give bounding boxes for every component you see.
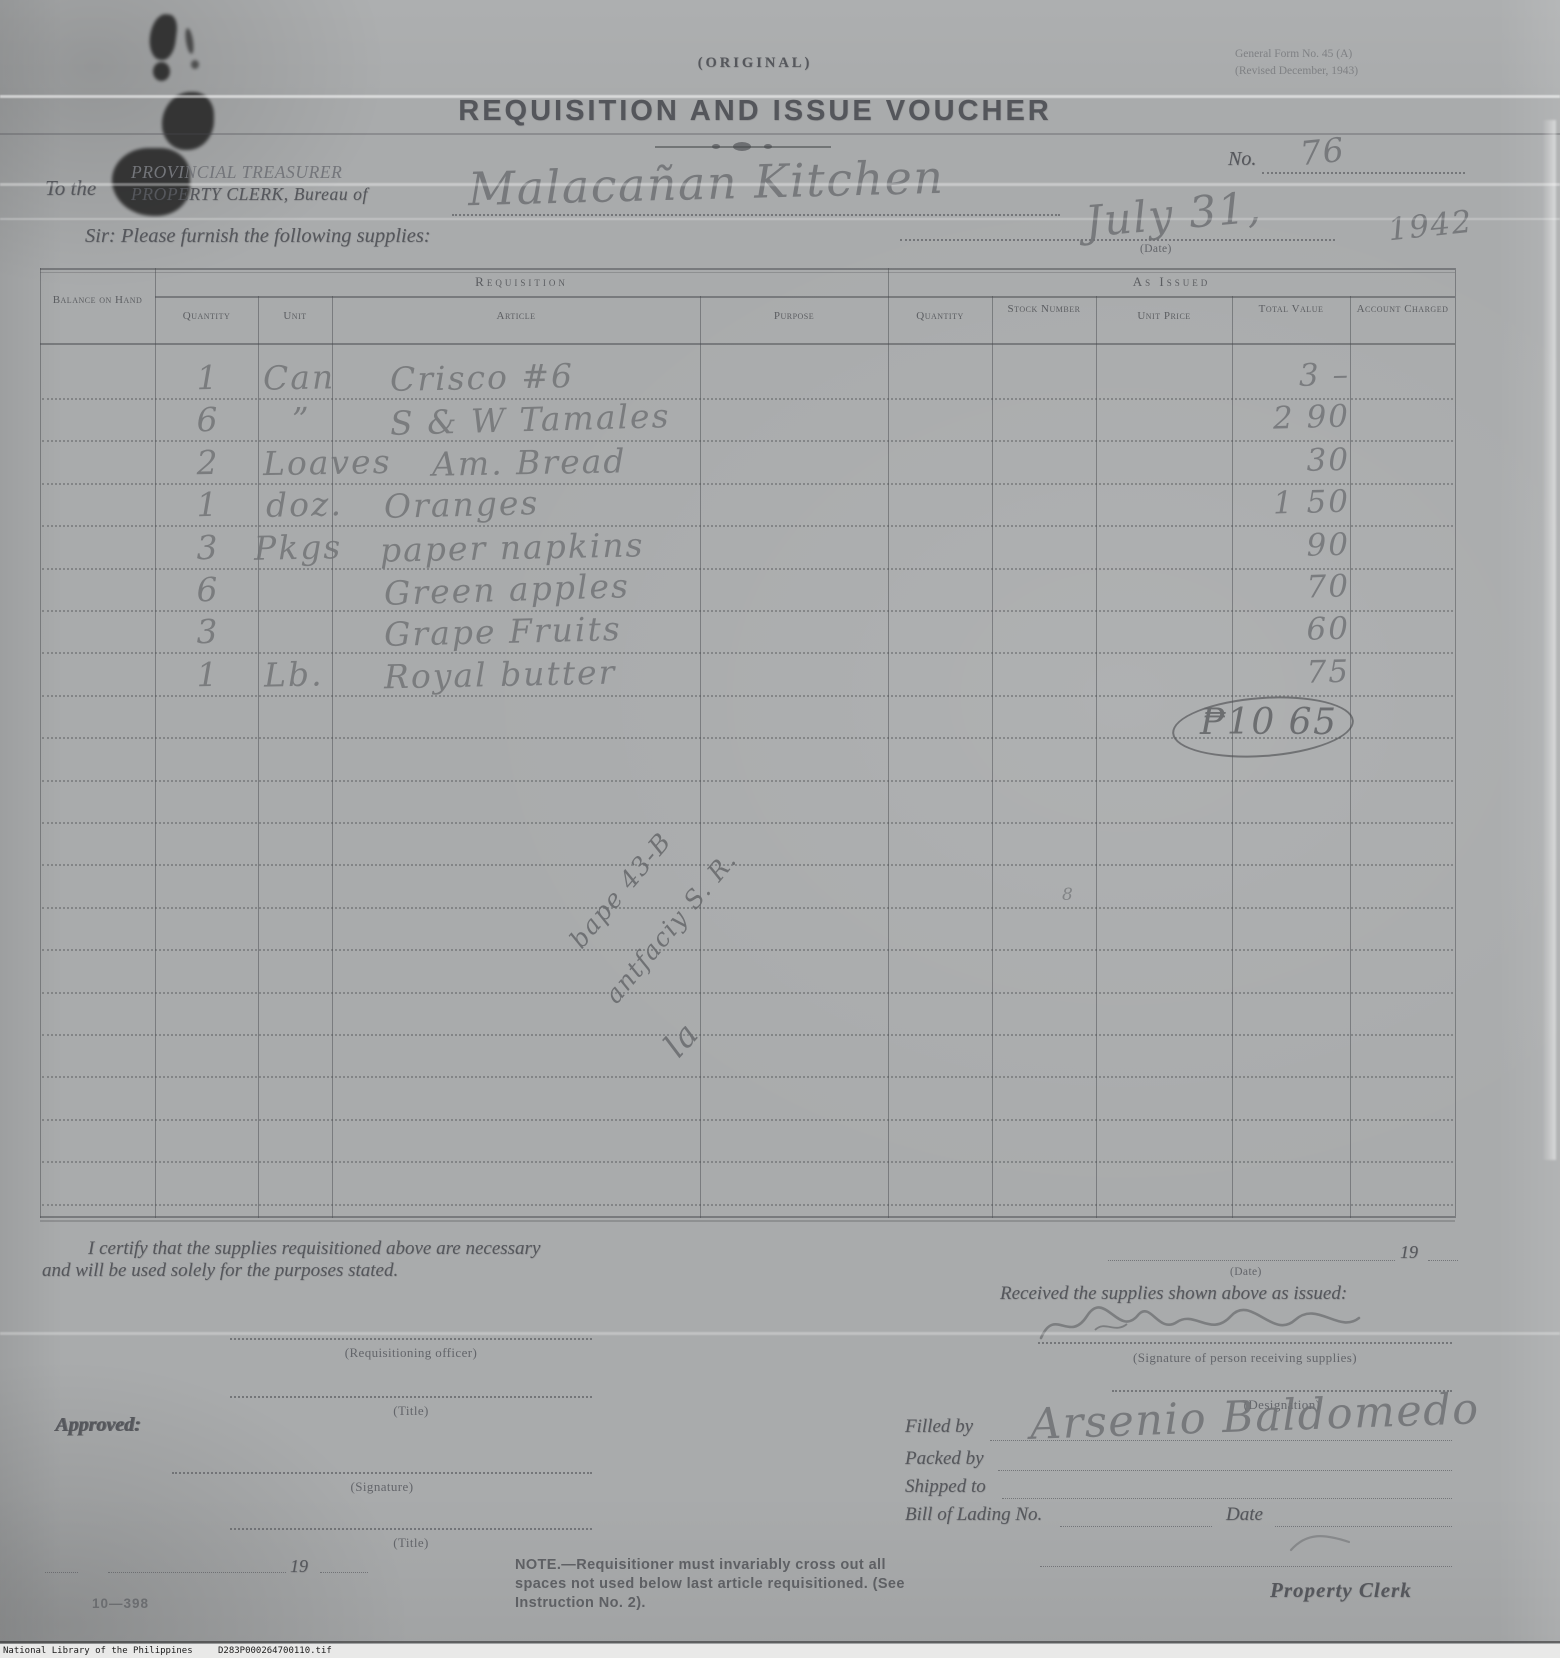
- table-row-line: [42, 1119, 1453, 1121]
- item-total-value: 75: [1238, 654, 1351, 692]
- col-header-unit-price: Unit Price: [1096, 310, 1232, 323]
- to-the-label: To the: [45, 176, 96, 201]
- year-prefix-right: 19: [1400, 1242, 1418, 1263]
- voucher-no-value: 76: [1298, 130, 1347, 173]
- received-date-line: [1108, 1260, 1395, 1261]
- scan-streak-vertical: [1542, 120, 1556, 1160]
- page-title: REQUISITION AND ISSUE VOUCHER: [330, 95, 1180, 128]
- shipped-to-line: [1002, 1498, 1452, 1499]
- table-row-line: [42, 695, 1453, 697]
- item-unit: Pkgs: [254, 527, 343, 568]
- item-article: Green apples: [383, 566, 630, 613]
- item-total-value: 2 90: [1238, 399, 1351, 438]
- table-column-line: [700, 296, 701, 1218]
- col-header-quantity: Quantity: [155, 310, 258, 323]
- table-column-line: [40, 268, 41, 1218]
- scan-footer-library: National Library of the Philippines: [3, 1646, 193, 1656]
- col-header-total-value: Total Value: [1232, 303, 1350, 316]
- table-column-line: [992, 296, 993, 1218]
- table-row-line: [42, 864, 1453, 866]
- bill-date-line: [1275, 1526, 1452, 1527]
- item-total-value: 60: [1238, 611, 1351, 650]
- received-signature-line: [1038, 1342, 1452, 1344]
- note-line2: spaces not used below last article requi…: [515, 1575, 905, 1593]
- item-quantity: 1: [168, 484, 249, 525]
- stray-mark: 8: [1062, 885, 1074, 905]
- bureau-handwritten-value: Malacañan Kitchen: [467, 150, 945, 216]
- date-caption: (Date): [1140, 243, 1172, 255]
- year-line-left-tail: [320, 1572, 368, 1573]
- ink-blot: [153, 62, 170, 81]
- title-line-1: [230, 1396, 592, 1398]
- certification-line2: and will be used solely for the purposes…: [42, 1260, 398, 1282]
- item-article: Grape Fruits: [384, 609, 623, 654]
- note-line1: NOTE.—Requisitioner must invariably cros…: [515, 1556, 886, 1574]
- item-quantity: 1: [168, 357, 249, 398]
- table-row-line: [42, 1161, 1453, 1163]
- group-header-rule: [155, 296, 1455, 298]
- header-bottom-rule: [40, 343, 1455, 345]
- item-total-value: 90: [1238, 526, 1351, 564]
- col-header-balance: Balance on Hand: [42, 294, 153, 307]
- col-header-unit: Unit: [258, 310, 332, 323]
- copy-type-label: (ORIGINAL): [380, 55, 1130, 72]
- col-header-article: Article: [332, 310, 700, 323]
- requisitioning-officer-line: [230, 1338, 592, 1340]
- table-row-line: [42, 992, 1453, 994]
- signature-line: [172, 1472, 592, 1474]
- ornament-dot: [733, 142, 751, 151]
- received-date-line-tail: [1428, 1260, 1458, 1261]
- table-top-rule2: [40, 272, 1455, 274]
- pencil-check-mark: [1285, 1528, 1355, 1556]
- table-row-line: [42, 610, 1453, 612]
- bill-date-label: Date: [1226, 1504, 1263, 1526]
- item-total-value: 3 –: [1238, 357, 1351, 395]
- table-bottom-rule: [40, 1216, 1455, 1218]
- scan-footer-bar: National Library of the Philippines D283…: [0, 1644, 1560, 1658]
- shipped-to-label: Shipped to: [905, 1476, 986, 1498]
- col-header-purpose: Purpose: [700, 310, 888, 323]
- voucher-no-line: [1262, 172, 1465, 174]
- item-unit: Lb.: [264, 654, 324, 694]
- item-total-value: 70: [1237, 568, 1350, 608]
- item-article: Crisco #6: [390, 356, 575, 399]
- signature-caption: (Signature): [172, 1479, 592, 1495]
- table-bottom-rule2: [40, 1220, 1455, 1222]
- property-clerk-caption: Property Clerk: [1270, 1578, 1412, 1603]
- table-row-line: [42, 1034, 1453, 1036]
- table-row-line: [42, 525, 1453, 527]
- item-unit: Can: [263, 357, 336, 398]
- table-column-line: [332, 296, 333, 1218]
- year-prefix-left: 19: [290, 1556, 308, 1577]
- voucher-no-label: No.: [1228, 148, 1256, 171]
- year-handwritten-value: 1942: [1386, 204, 1474, 249]
- year-line-left-lead: [45, 1572, 78, 1573]
- ink-blot: [162, 92, 214, 150]
- table-row-line: [42, 1204, 1453, 1206]
- item-total-value: 30: [1238, 442, 1351, 480]
- general-form-number: General Form No. 45 (A) (Revised Decembe…: [1235, 46, 1480, 80]
- certification-line1: I certify that the supplies requisitione…: [88, 1238, 540, 1260]
- title-caption-1: (Title): [230, 1403, 592, 1419]
- item-quantity: 6: [167, 569, 248, 610]
- col-header-quantity2: Quantity: [888, 310, 992, 323]
- requisitioning-officer-caption: (Requisitioning officer): [230, 1345, 592, 1361]
- bill-of-lading-label: Bill of Lading No.: [905, 1504, 1042, 1526]
- item-total-value: 1 50: [1238, 484, 1351, 523]
- table-row-line: [42, 780, 1453, 782]
- item-article: paper napkins: [380, 525, 645, 570]
- table-column-line: [888, 268, 889, 1218]
- note-line3: Instruction No. 2).: [515, 1594, 646, 1612]
- packed-by-line: [998, 1470, 1452, 1471]
- ornament-dot: [712, 144, 720, 149]
- received-signature-caption: (Signature of person receiving supplies): [1038, 1350, 1452, 1366]
- table-top-rule: [40, 268, 1455, 270]
- group-header-requisition: Requisition: [155, 276, 888, 289]
- item-quantity: 6: [167, 399, 248, 440]
- table-column-line: [155, 268, 156, 1218]
- ink-blot: [147, 13, 178, 62]
- scan-streak: [0, 218, 1560, 220]
- scanned-voucher-page: General Form No. 45 (A) (Revised Decembe…: [0, 0, 1560, 1658]
- item-unit: ”: [291, 400, 311, 440]
- packed-by-label: Packed by: [905, 1448, 984, 1470]
- date-handwritten-value: July 31,: [1083, 182, 1264, 247]
- bill-of-lading-line: [1060, 1526, 1212, 1527]
- group-header-as-issued: As Issued: [888, 276, 1455, 289]
- addressee-option-property-clerk: PROPERTY CLERK, Bureau of: [131, 184, 368, 205]
- item-unit: doz.: [266, 484, 344, 525]
- table-row-line: [42, 822, 1453, 824]
- table-row-line: [42, 652, 1453, 654]
- year-line-left: [108, 1572, 286, 1573]
- approved-label: Approved:: [55, 1414, 141, 1437]
- bureau-line: [452, 214, 1060, 216]
- table-row-line: [42, 949, 1453, 951]
- item-quantity: 2: [168, 442, 249, 482]
- item-article: Oranges: [384, 483, 540, 526]
- table-row-line: [42, 398, 1453, 400]
- item-quantity: 3: [168, 611, 249, 652]
- col-header-stock-number: Stock Number: [992, 303, 1096, 316]
- scan-footer-filename: D283P000264700110.tif: [218, 1646, 332, 1656]
- ink-blot: [184, 28, 195, 55]
- scan-footer-rule: [0, 1641, 1560, 1643]
- table-row-line: [42, 483, 1453, 485]
- item-article: S & W Tamales: [390, 396, 671, 443]
- item-quantity: 3: [168, 527, 249, 568]
- item-unit: Loaves: [263, 442, 392, 483]
- title-caption-2: (Title): [230, 1535, 592, 1551]
- filled-by-label: Filled by: [905, 1416, 973, 1438]
- general-form-number-line2: (Revised December, 1943): [1235, 63, 1480, 80]
- item-article: Royal butter: [384, 652, 617, 696]
- print-code: 10—398: [92, 1596, 149, 1611]
- title-line-2: [230, 1528, 592, 1530]
- table-row-line: [42, 907, 1453, 909]
- received-signature-scribble: [1035, 1300, 1365, 1346]
- table-column-line: [258, 296, 259, 1218]
- table-row-line: [42, 1076, 1453, 1078]
- ink-blot: [191, 60, 199, 69]
- table-column-line: [1096, 296, 1097, 1218]
- grand-total-value: ₱10 65: [1200, 702, 1337, 743]
- table-row-line: [42, 440, 1453, 442]
- item-quantity: 1: [168, 654, 249, 695]
- received-date-caption: (Date): [1230, 1266, 1262, 1278]
- table-column-line: [1455, 268, 1456, 1218]
- addressee-option-treasurer: PROVINCIAL TREASURER: [131, 162, 342, 183]
- ornament-dot: [764, 144, 772, 149]
- general-form-number-line1: General Form No. 45 (A): [1235, 46, 1480, 63]
- property-clerk-line: [1040, 1566, 1452, 1567]
- col-header-account-charged: Account Charged: [1350, 303, 1455, 316]
- salutation: Sir: Please furnish the following suppli…: [85, 225, 431, 248]
- item-article: Am. Bread: [432, 441, 627, 483]
